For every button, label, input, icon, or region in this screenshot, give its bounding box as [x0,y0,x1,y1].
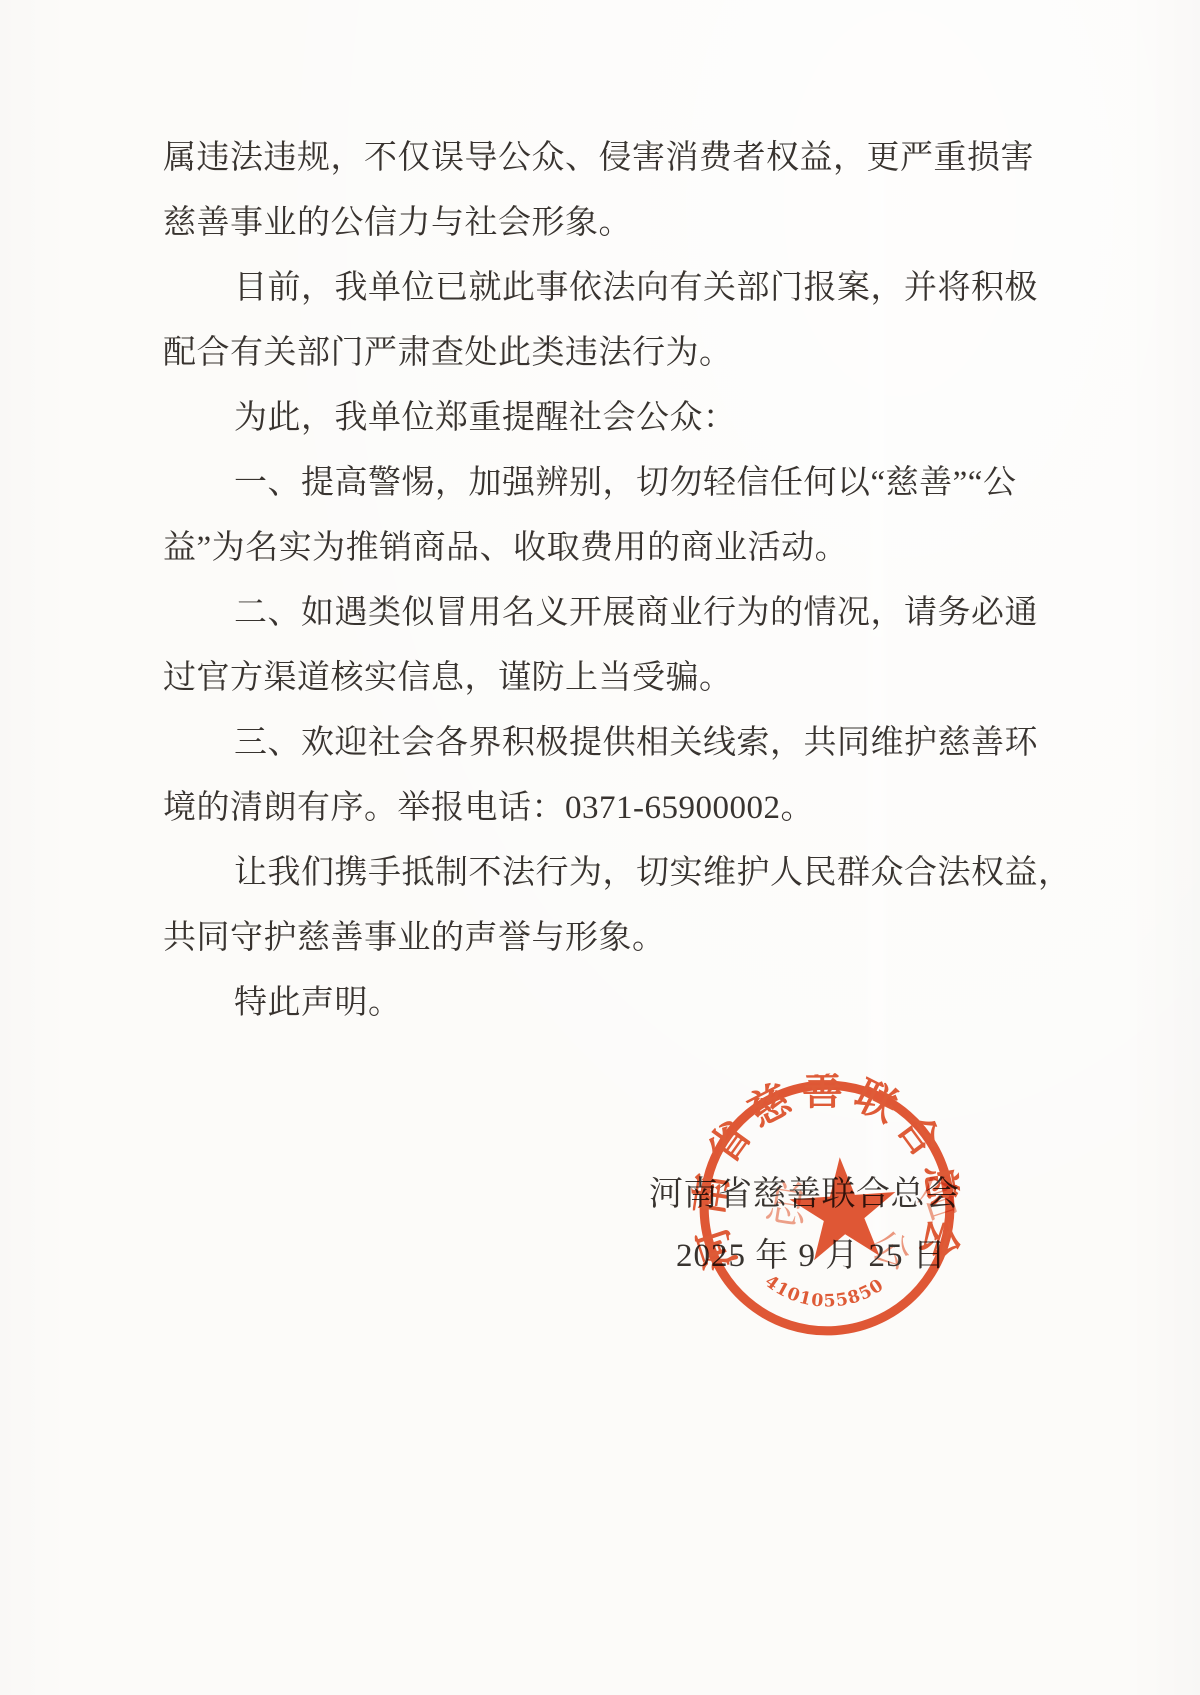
seal-arc-text: 河南省慈善联合总会 [684,1065,970,1292]
seal-arc-text-container: 河南省慈善联合总会 [684,1065,970,1292]
scanned-statement-page: 属违法违规，不仅误导公众、侵害消费者权益，更严重损害 慈善事业的公信力与社会形象… [0,0,1200,1695]
statement-body: 属违法违规，不仅误导公众、侵害消费者权益，更严重损害 慈善事业的公信力与社会形象… [163,126,1023,1036]
body-line: 特此声明。 [163,971,1023,1036]
seal-star-icon [787,1154,900,1262]
body-line: 益”为名实为推销商品、收取费用的商业活动。 [163,516,1023,581]
body-line: 目前，我单位已就此事依法向有关部门报案，并将积极 [163,256,1023,321]
body-line: 配合有关部门严肃查处此类违法行为。 [163,321,1023,386]
body-line: 二、如遇类似冒用名义开展商业行为的情况，请务必通 [163,581,1023,646]
body-line: 慈善事业的公信力与社会形象。 [163,191,1023,256]
body-line: 让我们携手抵制不法行为，切实维护人民群众合法权益， [163,841,1023,906]
body-line: 三、欢迎社会各界积极提供相关线索，共同维护慈善环 [163,711,1023,776]
body-line: 为此，我单位郑重提醒社会公众： [163,386,1023,451]
body-line: 属违法违规，不仅误导公众、侵害消费者权益，更严重损害 [163,126,1023,191]
body-line: 过官方渠道核实信息，谨防上当受骗。 [163,646,1023,711]
body-line: 一、提高警惕，加强辨别，切勿轻信任何以“慈善”“公 [163,451,1023,516]
body-line: 共同守护慈善事业的声誉与形象。 [163,906,1023,971]
body-line: 境的清朗有序。举报电话：0371-65900002。 [163,776,1023,841]
official-seal: 河南省慈善联合总会 4101055850360 [684,1065,970,1351]
